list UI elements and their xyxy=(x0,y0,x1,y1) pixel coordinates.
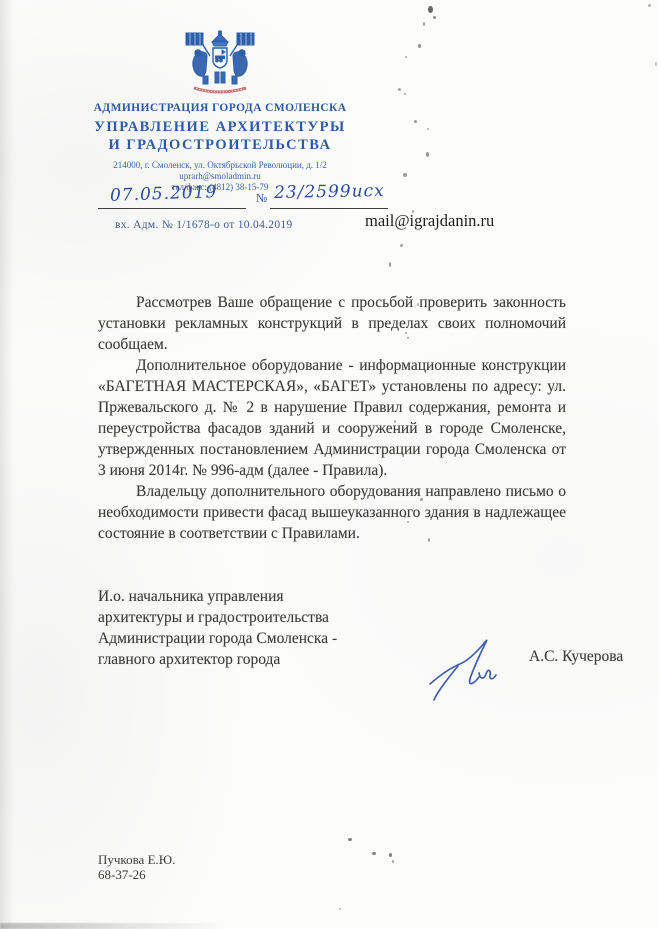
scan-speck xyxy=(655,62,657,66)
org-name-line2: УПРАВЛЕНИЕ АРХИТЕКТУРЫ xyxy=(70,119,370,136)
scanned-letter-page: АДМИНИСТРАЦИЯ ГОРОДА СМОЛЕНСКА УПРАВЛЕНИ… xyxy=(0,0,659,929)
scan-speck xyxy=(414,120,417,123)
scan-speck xyxy=(405,56,407,58)
scan-speck xyxy=(389,853,392,857)
paragraph-1: Рассмотрев Ваше обращение с просьбой про… xyxy=(98,292,566,355)
scan-speck xyxy=(389,262,391,267)
org-address: 214000, г. Смоленск, ул. Октябрьской Рев… xyxy=(70,160,370,170)
executor-name: Пучкова Е.Ю. xyxy=(98,852,175,867)
handwritten-signature-icon xyxy=(424,622,519,704)
scan-speck xyxy=(339,908,341,910)
scan-speck xyxy=(400,244,403,247)
letter-body: Рассмотрев Ваше обращение с просьбой про… xyxy=(98,292,566,544)
number-underline xyxy=(270,208,388,209)
signer-name: А.С. Кучерова xyxy=(529,648,623,666)
scan-speck xyxy=(398,88,401,91)
number-sign-label: № xyxy=(256,191,267,206)
scan-speck xyxy=(372,852,376,855)
scan-speck xyxy=(404,516,406,518)
handwritten-outgoing-number: 23/2599исх xyxy=(274,181,385,203)
scan-speck xyxy=(648,4,651,7)
org-name-line3: И ГРАДОСТРОИТЕЛЬСТВА xyxy=(70,137,370,154)
scan-speck xyxy=(417,303,419,306)
scan-speck xyxy=(428,6,433,13)
handwritten-date: 07.05.2019 xyxy=(110,182,218,206)
scan-speck xyxy=(423,22,425,26)
signer-position-line4: главного архитектор города xyxy=(98,649,337,670)
signer-position-line2: архитектуры и градостроительства xyxy=(98,607,337,628)
paragraph-2: Дополнительное оборудование - информацио… xyxy=(98,355,566,481)
scan-speck xyxy=(427,128,429,130)
reference-row: 07.05.2019 № 23/2599исх xyxy=(98,184,388,212)
executor-phone: 68-37-26 xyxy=(98,867,175,882)
scan-speck xyxy=(418,44,421,48)
scan-speck xyxy=(412,210,414,213)
recipient-email: mail@igrajdanin.ru xyxy=(365,211,494,231)
scan-speck xyxy=(420,498,423,501)
signer-position-block: И.о. начальника управления архитектуры и… xyxy=(98,586,337,670)
paragraph-3: Владельцу дополнительного оборудования н… xyxy=(98,481,566,544)
scan-speck xyxy=(394,420,396,423)
scan-speck xyxy=(348,838,352,841)
letterhead: АДМИНИСТРАЦИЯ ГОРОДА СМОЛЕНСКА УПРАВЛЕНИ… xyxy=(70,30,370,192)
signer-position-line3: Администрации города Смоленска - xyxy=(98,628,337,649)
org-email: uprarh@smoladmin.ru xyxy=(70,171,370,181)
scan-speck xyxy=(428,538,430,542)
signer-position-line1: И.о. начальника управления xyxy=(98,586,337,607)
scan-speck xyxy=(407,337,409,339)
scan-speck xyxy=(433,16,436,19)
scan-speck xyxy=(404,93,406,95)
org-name-line1: АДМИНИСТРАЦИЯ ГОРОДА СМОЛЕНСКА xyxy=(70,102,370,114)
scan-speck xyxy=(403,173,407,177)
executor-contact: Пучкова Е.Ю. 68-37-26 xyxy=(98,852,175,882)
scan-speck xyxy=(405,332,407,334)
scan-edge-shadow xyxy=(0,0,14,929)
smolensk-coat-of-arms-icon xyxy=(170,30,270,96)
date-underline xyxy=(98,208,246,209)
scan-speck xyxy=(407,521,409,523)
scan-speck xyxy=(426,152,429,157)
incoming-registration-stamp: вх. Адм. № 1/1678-о от 10.04.2019 xyxy=(115,219,293,231)
scan-speck xyxy=(392,860,394,863)
scan-edge-strip xyxy=(0,923,228,929)
